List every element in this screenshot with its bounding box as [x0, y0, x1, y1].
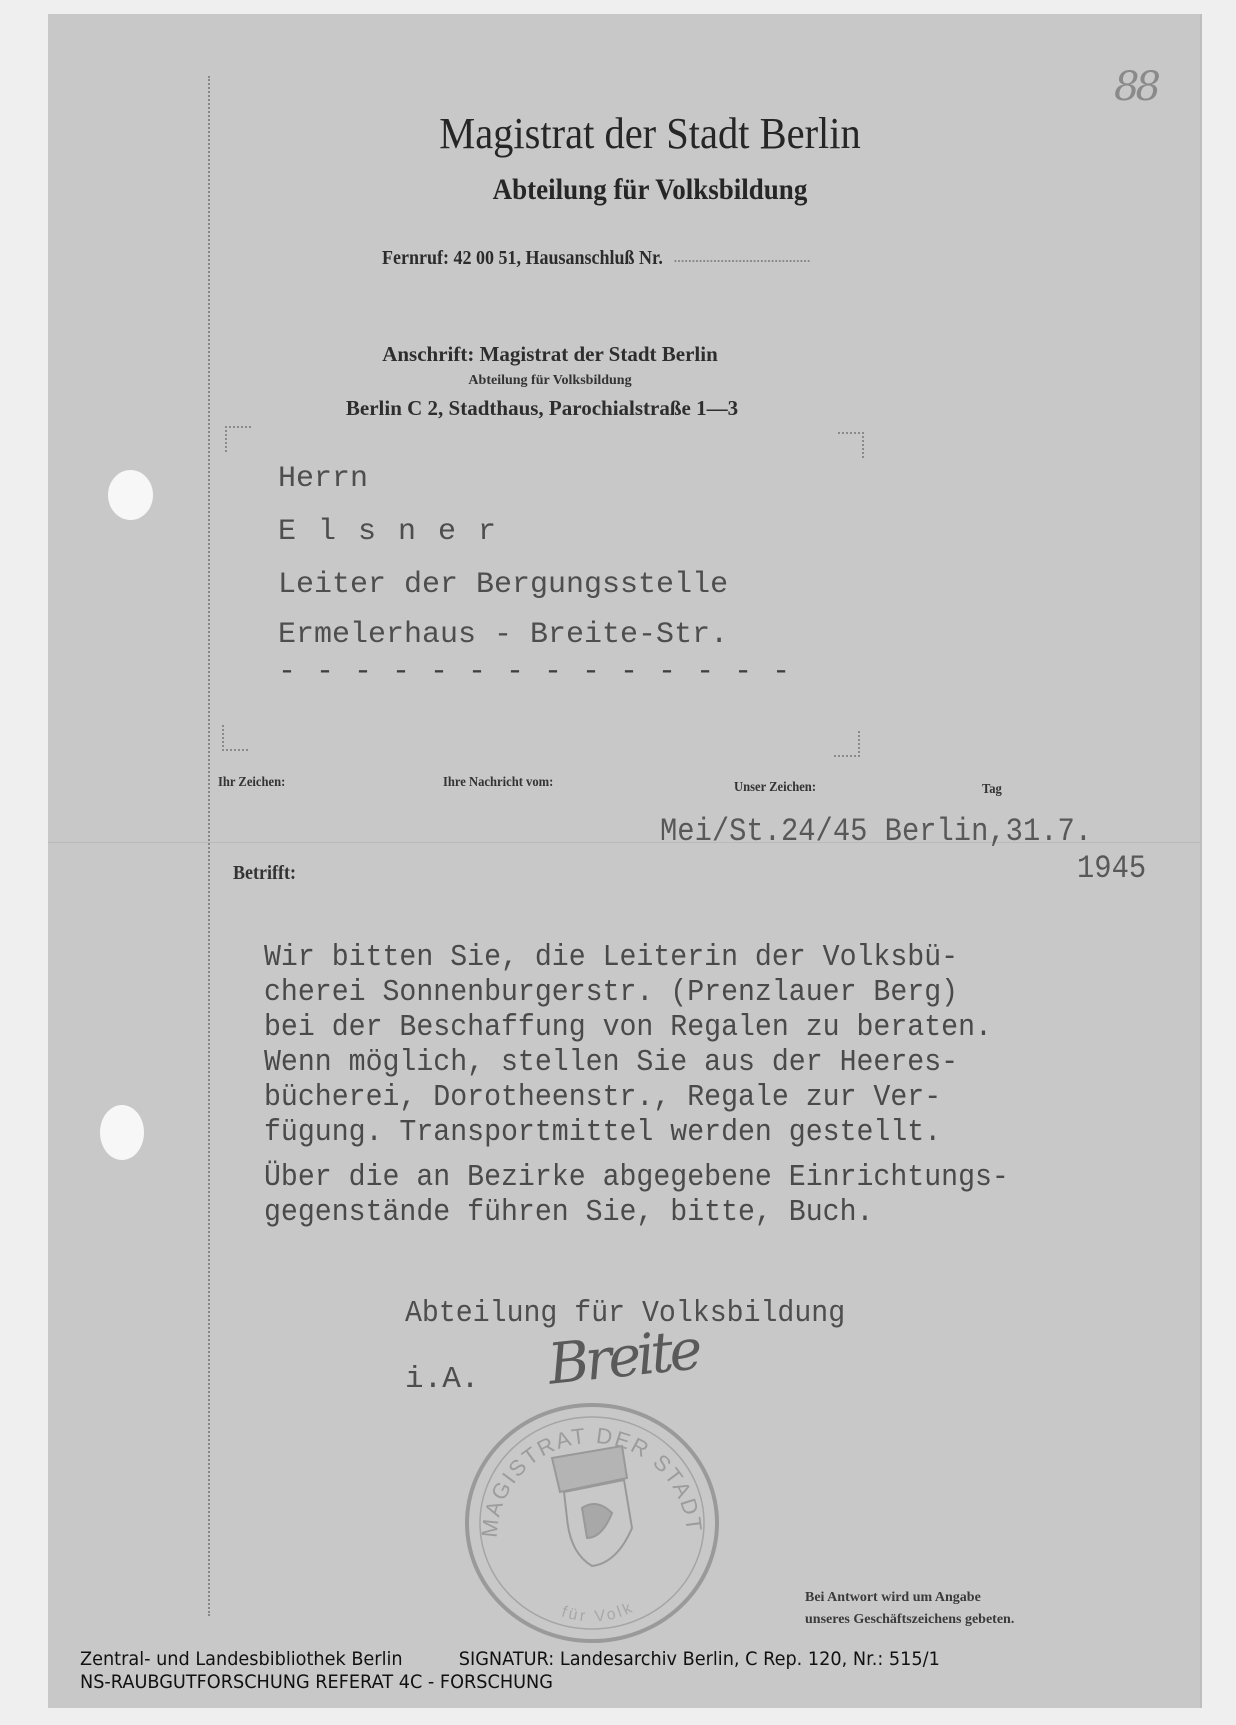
extension-label: Hausanschluß Nr. [525, 247, 662, 269]
recipient-name: E l s n e r [278, 515, 498, 549]
body-line: Wenn möglich, stellen Sie aus der Heeres… [264, 1045, 1101, 1080]
day-label: Tag [982, 782, 1002, 798]
body-line: cherei Sonnenburgerstr. (Prenzlauer Berg… [264, 975, 1101, 1010]
reply-notice: Bei Antwort wird um Angabe unseres Gesch… [805, 1587, 1014, 1631]
recipient-salutation: Herrn [278, 462, 368, 496]
reply-notice-line2: unseres Geschäftszeichens gebeten. [805, 1609, 1014, 1631]
address-window-corner-bl [222, 725, 248, 751]
recipient-underline: - - - - - - - - - - - - - - [278, 655, 791, 689]
letter-body: Wir bitten Sie, die Leiterin der Volksbü… [264, 940, 1101, 1230]
your-sign-label: Ihr Zeichen: [218, 775, 285, 791]
berlin-bear-crest [552, 1446, 632, 1566]
address-window-corner-tl [225, 426, 251, 452]
body-line: Wir bitten Sie, die Leiterin der Volksbü… [264, 940, 1101, 975]
address-window-corner-tr [838, 432, 864, 458]
footer-project: NS-RAUBGUTFORSCHUNG REFERAT 4C - FORSCHU… [80, 1671, 1122, 1694]
our-sign-value: Mei/St.24/45 [660, 813, 867, 850]
archive-footer: Zentral- und Landesbibliothek Berlin SIG… [80, 1648, 1122, 1694]
punch-hole-top [108, 470, 153, 520]
recipient-position: Leiter der Bergungsstelle [278, 568, 728, 602]
footer-library: Zentral- und Landesbibliothek Berlin [80, 1648, 403, 1670]
letterhead-subtitle: Abteilung für Volksbildung [335, 173, 965, 207]
date-year: 1945 [1077, 850, 1146, 887]
reply-notice-line1: Bei Antwort wird um Angabe [805, 1587, 1014, 1609]
archive-page-number: 88 [1114, 64, 1157, 110]
page-edge [1200, 14, 1202, 1708]
official-seal-stamp-icon: MAGISTRAT DER STADT BERLIN für Volk [452, 1388, 732, 1658]
recipient-address: Ermelerhaus - Breite-Str. [278, 618, 728, 652]
subject-label: Betrifft: [233, 862, 296, 885]
footer-signature-ref: SIGNATUR: Landesarchiv Berlin, C Rep. 12… [459, 1648, 940, 1670]
body-line: gegenstände führen Sie, bitte, Buch. [264, 1195, 1101, 1230]
phone-line: Fernruf: 42 00 51, Hausanschluß Nr. [382, 247, 810, 270]
body-line: Über die an Bezirke abgegebene Einrichtu… [264, 1160, 1101, 1195]
body-line: bei der Beschaffung von Regalen zu berat… [264, 1010, 1101, 1045]
return-address-line2: Abteilung für Volksbildung [300, 373, 800, 389]
body-line: fügung. Transportmittel werden gestellt. [264, 1115, 1101, 1150]
phone-number: 42 00 51, [453, 247, 521, 269]
return-address-line3: Berlin C 2, Stadthaus, Parochialstraße 1… [292, 396, 792, 421]
svg-text:für Volk: für Volk [559, 1599, 637, 1626]
letterhead-title: Magistrat der Stadt Berlin [328, 108, 972, 159]
body-line: bücherei, Dorotheenstr., Regale zur Ver- [264, 1080, 1101, 1115]
our-sign-label: Unser Zeichen: [734, 780, 816, 796]
extension-blank [675, 260, 810, 262]
margin-dotted-line [208, 76, 210, 1616]
address-window-corner-br [834, 731, 860, 757]
reference-and-date: Mei/St.24/45 Berlin,31.7. [660, 813, 1092, 850]
return-address-line1: Anschrift: Magistrat der Stadt Berlin [300, 342, 800, 367]
place-date: Berlin,31.7. [885, 813, 1092, 850]
your-message-label: Ihre Nachricht vom: [443, 775, 553, 791]
paragraph-gap [264, 1150, 1101, 1160]
stamp-text-bottom: für Volk [559, 1599, 637, 1626]
punch-hole-bottom [100, 1105, 144, 1160]
phone-label: Fernruf: [382, 247, 449, 269]
